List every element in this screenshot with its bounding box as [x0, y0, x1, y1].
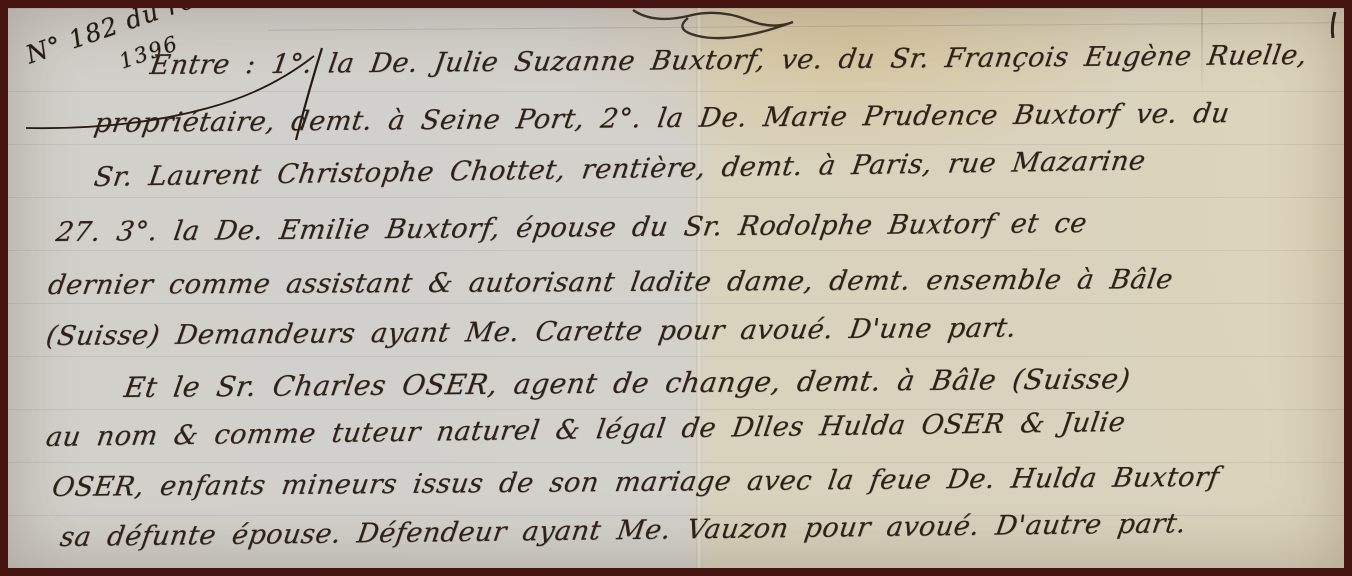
manuscript-line: dernier comme assistant & autorisant lad… — [46, 264, 1175, 301]
scanned-manuscript-page: N° 182 du rôle 1396 Entre : 1°. la De. J… — [0, 0, 1352, 576]
